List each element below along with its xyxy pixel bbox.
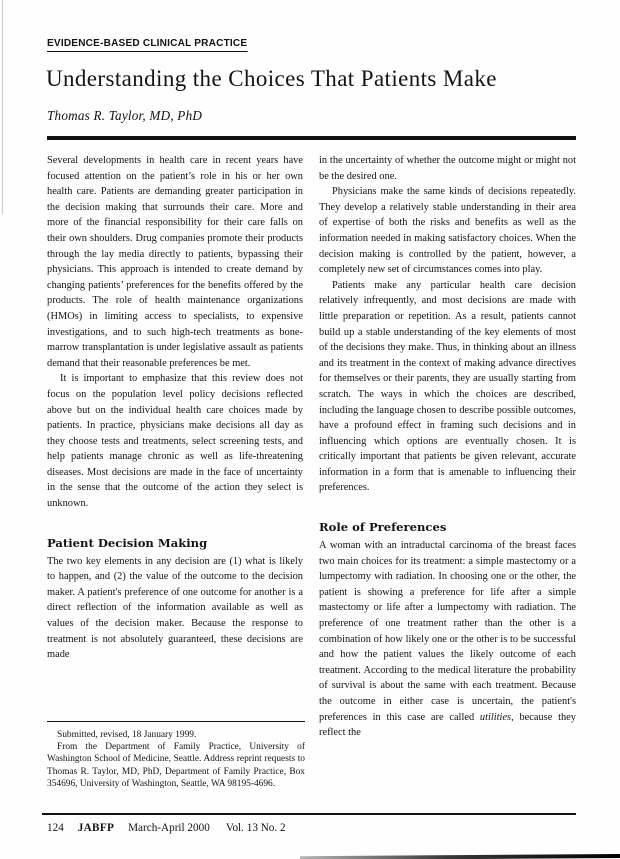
scan-artifact-left — [2, 0, 3, 214]
section-heading-patient-decision-making: Patient Decision Making — [47, 536, 303, 550]
footer-page-number: 124 — [47, 822, 64, 834]
paragraph-text: A woman with an intraductal carcinoma of… — [319, 540, 576, 723]
footer-volume: Vol. 13 No. 2 — [226, 822, 286, 834]
paragraph: Physicians make the same kinds of decisi… — [319, 184, 576, 278]
page-footer: 124 JABFP March-April 2000 Vol. 13 No. 2 — [47, 822, 567, 834]
section-eyebrow: EVIDENCE-BASED CLINICAL PRACTICE — [47, 37, 247, 52]
paragraph: Patients make any particular health care… — [319, 278, 576, 496]
page-title: Understanding the Choices That Patients … — [46, 66, 586, 92]
paragraph: in the uncertainty of whether the outcom… — [319, 153, 576, 184]
paragraph: A woman with an intraductal carcinoma of… — [319, 538, 576, 741]
footer-rule — [42, 813, 576, 815]
header-divider-rule — [47, 136, 576, 140]
author-byline: Thomas R. Taylor, MD, PhD — [47, 108, 202, 124]
paragraph: It is important to emphasize that this r… — [47, 371, 303, 511]
italic-term: utilities — [480, 712, 511, 723]
footnote-line: Submitted, revised, 18 January 1999. — [47, 729, 305, 741]
paragraph: The two key elements in any decision are… — [47, 554, 303, 663]
scan-artifact-bottom — [300, 854, 620, 859]
footer-issue-date: March-April 2000 — [128, 822, 210, 834]
section-heading-role-of-preferences: Role of Preferences — [319, 520, 576, 534]
footer-journal-abbrev: JABFP — [78, 822, 114, 834]
journal-article-page: EVIDENCE-BASED CLINICAL PRACTICE Underst… — [0, 0, 620, 859]
paragraph: Several developments in health care in r… — [47, 153, 303, 371]
right-column: in the uncertainty of whether the outcom… — [319, 153, 576, 741]
footnote-block: Submitted, revised, 18 January 1999. Fro… — [47, 721, 305, 790]
left-column: Several developments in health care in r… — [47, 153, 303, 663]
footnote-line: From the Department of Family Practice, … — [47, 741, 305, 790]
